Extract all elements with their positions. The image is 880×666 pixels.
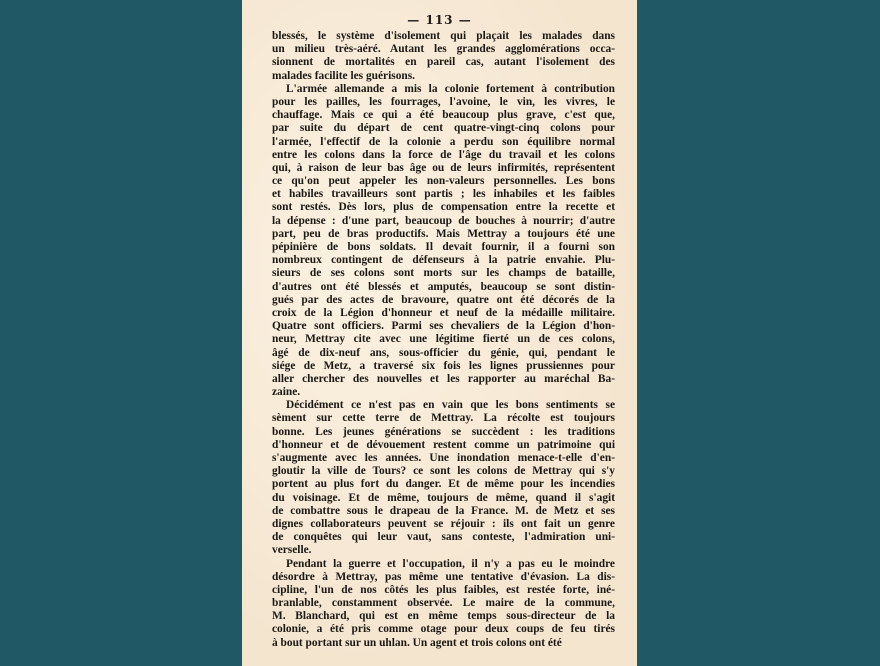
text-line: sont restés. Dès lors, plus de compensat… — [272, 201, 615, 214]
text-line: sieurs de ses colons sont morts sur les … — [272, 267, 615, 280]
paragraph-p1: blessés, le système d'isolement qui plaç… — [272, 30, 615, 83]
scanned-page: — 113 — blessés, le système d'isolement … — [242, 0, 637, 666]
text-line: pour les pailles, les fourrages, l'avoin… — [272, 96, 615, 109]
text-line: d'honneur et de dévouement restent comme… — [272, 439, 615, 452]
text-line: neur, Mettray cite avec une légitime fie… — [272, 333, 615, 346]
text-line: blessés, le système d'isolement qui plaç… — [272, 30, 615, 43]
text-line: ce qu'on peut appeler les non-valeurs pe… — [272, 175, 615, 188]
text-line: siége de Metz, a traversé six fois les l… — [272, 360, 615, 373]
text-line: aller chercher des nouvelles et les rapp… — [272, 373, 615, 386]
text-line: la dépense : d'une part, beaucoup de bou… — [272, 215, 615, 228]
text-line: à bout portant sur un uhlan. Un agent et… — [272, 637, 615, 650]
text-line: qui, à raison de leur bas âge ou de leur… — [272, 162, 615, 175]
text-line: colonie, a été pris comme otage pour deu… — [272, 623, 615, 636]
text-line: s'augmente avec les années. Une inondati… — [272, 452, 615, 465]
paragraph-p4: Pendant la guerre et l'occupation, il n'… — [272, 558, 615, 650]
text-line: nombreux contingent de défenseurs à la p… — [272, 254, 615, 267]
text-line: zaine. — [272, 386, 615, 399]
text-line: par suite du départ de cent quatre-vingt… — [272, 122, 615, 135]
text-line: de conquêtes qui leur vaut, sans contest… — [272, 531, 615, 544]
text-line: branlable, constamment observée. Le mair… — [272, 597, 615, 610]
text-line: sèment sur cette terre de Mettray. La ré… — [272, 412, 615, 425]
paragraph-p2: L'armée allemande a mis la colonie forte… — [272, 83, 615, 400]
text-line: chauffage. Mais ce qui a été beaucoup pl… — [272, 109, 615, 122]
text-line: de combattre sous le drapeau de la Franc… — [272, 505, 615, 518]
text-line: portent au plus fort du danger. Et de mê… — [272, 478, 615, 491]
text-line: part, peu de bras productifs. Mais Mettr… — [272, 228, 615, 241]
text-line: Pendant la guerre et l'occupation, il n'… — [272, 558, 615, 571]
text-line: dignes collaborateurs peuvent se réjouir… — [272, 518, 615, 531]
text-line: entre les colons dans la force de l'âge … — [272, 149, 615, 162]
text-line: du voisinage. Et de même, toujours de mê… — [272, 492, 615, 505]
text-line: malades facilite les guérisons. — [272, 70, 615, 83]
text-line: gués par des actes de bravoure, quatre o… — [272, 294, 615, 307]
text-line: bonne. Les jeunes générations se succède… — [272, 426, 615, 439]
page-number: — 113 — — [242, 13, 637, 27]
text-line: gloutir la ville de Tours? ce sont les c… — [272, 465, 615, 478]
text-line: désordre à Mettray, pas même une tentati… — [272, 571, 615, 584]
text-line: verselle. — [272, 544, 615, 557]
text-line: pépinière de bons soldats. Il devait fou… — [272, 241, 615, 254]
text-line: Décidément ce n'est pas en vain que les … — [272, 399, 615, 412]
paragraph-p3: Décidément ce n'est pas en vain que les … — [272, 399, 615, 557]
text-line: croix de la Légion d'honneur et neuf de … — [272, 307, 615, 320]
text-line: cipline, l'un de nos côtés les plus faib… — [272, 584, 615, 597]
text-line: sionnent de mortalités en pareil cas, au… — [272, 56, 615, 69]
text-line: l'armée, l'effectif de la colonie a perd… — [272, 136, 615, 149]
text-line: et habiles travailleurs sont partis ; le… — [272, 188, 615, 201]
text-line: âgé de dix-neuf ans, sous-officier du gé… — [272, 347, 615, 360]
page-body-text: blessés, le système d'isolement qui plaç… — [272, 30, 615, 650]
text-line: d'autres ont été blessés et amputés, bea… — [272, 281, 615, 294]
text-line: L'armée allemande a mis la colonie forte… — [272, 83, 615, 96]
text-line: un milieu très-aéré. Autant les grandes … — [272, 43, 615, 56]
text-line: M. Blanchard, qui est en même temps sous… — [272, 610, 615, 623]
text-line: Quatre sont officiers. Parmi ses chevali… — [272, 320, 615, 333]
